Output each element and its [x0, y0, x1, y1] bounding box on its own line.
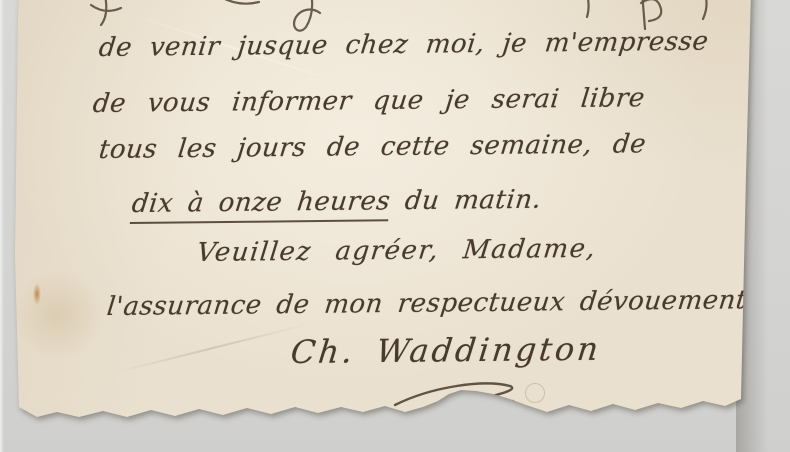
letter-line: tous les jours de cette semaine, de	[97, 129, 647, 165]
letter-line: de vous informer que je serai libre	[91, 83, 646, 119]
letter-line: de venir jusque chez moi, je m'empresse	[97, 27, 710, 63]
underline-suffix: du matin.	[389, 185, 543, 217]
letter-paper: de venir jusque chez moi, je m'empresse …	[13, 0, 754, 425]
top-line-fragments	[91, 0, 707, 31]
closing-line: l'assurance de mon respectueux dévouemen…	[105, 285, 748, 322]
paper-wrap: de venir jusque chez moi, je m'empresse …	[13, 0, 754, 425]
paper-crease	[116, 323, 311, 373]
signature-flourish	[395, 383, 513, 409]
scan-edge-highlight	[0, 0, 4, 452]
rust-spot	[33, 283, 41, 305]
ring-stain	[525, 383, 545, 403]
water-stain	[13, 270, 103, 360]
signature: Ch. Waddington	[289, 330, 603, 371]
letter-line-underlined: dix à onze heures du matin.	[130, 185, 543, 219]
scanned-letter-page: de venir jusque chez moi, je m'empresse …	[0, 0, 790, 452]
underlined-phrase: dix à onze heures	[130, 186, 392, 224]
closing-line: Veuillez agréer, Madame,	[195, 234, 598, 268]
